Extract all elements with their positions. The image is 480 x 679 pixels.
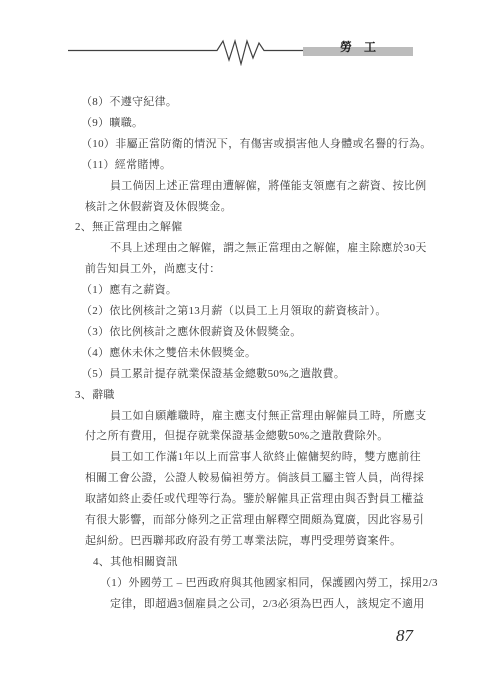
text-line: 員工如工作滿1年以上而當事人欲終止僱傭契約時，雙方應前往 [110, 450, 421, 464]
text-line: （2）依比例核計之第13月薪（以員工上月領取的薪資核計）。 [81, 304, 387, 318]
section-label: 勞 工 [303, 40, 413, 54]
section-heading: 4、其他相關資訊 [93, 555, 178, 569]
page-number: 87 [396, 626, 413, 646]
section-heading: 2、無正當理由之解僱 [75, 220, 183, 234]
text-line: 取諸如終止委任或代理等行為。鑒於解僱具正當理由與否對員工權益 [85, 492, 424, 506]
text-line: 付之所有費用，但提存就業保證基金總數50%之遣散費除外。 [85, 429, 389, 443]
text-line: （10）非屬正當防衛的情況下，有傷害或損害他人身體或名譽的行為。 [81, 137, 432, 151]
text-line: 員工如自願離職時，雇主應支付無正當理由解僱員工時，所應支 [110, 409, 426, 423]
text-line: 有很大影響，而部分條列之正當理由解釋空間頗為寬廣，因此容易引 [85, 513, 424, 527]
text-line: （11）經常賭博。 [81, 158, 171, 172]
text-line: 核計之休假薪資及休假獎金。 [85, 200, 232, 214]
text-line: （3）依比例核計之應休假薪資及休假獎金。 [81, 325, 302, 339]
section-heading: 3、辭職 [75, 388, 115, 402]
text-line: （8）不遵守紀律。 [81, 95, 177, 109]
text-line: （1）外國勞工 – 巴西政府與其他國家相同，保護國內勞工，採用2/3 [100, 576, 438, 590]
text-line: 不具上述理由之解僱，謂之無正當理由之解僱，雇主除應於30天 [110, 241, 427, 255]
text-line: （9）曠職。 [81, 116, 143, 130]
text-line: （4）應休未休之雙倍未休假獎金。 [81, 346, 256, 360]
text-line: 定律，即超過3個雇員之公司，2/3必須為巴西人，該規定不適用 [110, 597, 425, 611]
text-line: 相關工會公證，公證人較易偏袒勞方。倘該員工屬主管人員，尚得採 [85, 471, 424, 485]
document-page: 勞 工 （8）不遵守紀律。（9）曠職。（10）非屬正當防衛的情況下，有傷害或損害… [0, 0, 480, 679]
text-line: （5）員工累計提存就業保證基金總數50%之遣散費。 [81, 367, 345, 381]
text-line: 員工倘因上述正當理由遭解僱，將僅能支領應有之薪資、按比例 [110, 179, 426, 193]
text-line: 前告知員工外，尚應支付： [85, 262, 221, 276]
text-line: （1）應有之薪資。 [81, 283, 177, 297]
text-line: 起糾紛。巴西聯邦政府設有勞工專業法院，專門受理勞資案件。 [85, 534, 401, 548]
